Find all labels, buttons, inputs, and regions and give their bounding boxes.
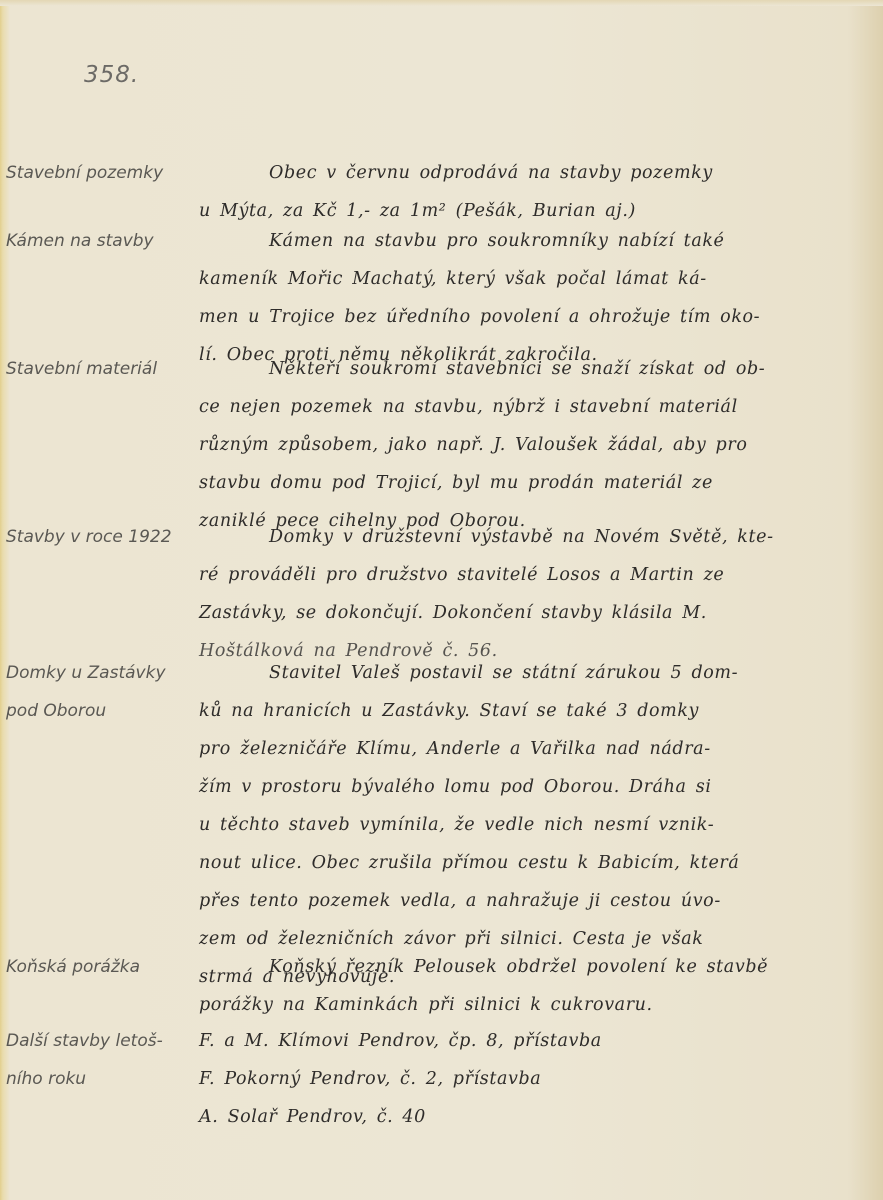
text-line: A. Solař Pendrov, č. 40 bbox=[199, 1098, 839, 1136]
text-line: Koňský řezník Pelousek obdržel povolení … bbox=[199, 948, 839, 986]
text-line: přes tento pozemek vedla, a nahražuje ji… bbox=[199, 882, 839, 920]
page-top-edge bbox=[0, 0, 883, 6]
margin-note-text: Kámen na stavby bbox=[6, 231, 154, 251]
text-line: stavbu domu pod Trojicí, byl mu prodán m… bbox=[199, 464, 839, 502]
text-line: žím v prostoru bývalého lomu pod Oborou.… bbox=[199, 768, 839, 806]
margin-note-text: Koňská porážka bbox=[6, 957, 140, 977]
text-line: Někteří soukromí stavebníci se snaží zís… bbox=[199, 350, 839, 388]
text-line: ré prováděli pro družstvo stavitelé Loso… bbox=[199, 556, 839, 594]
text-line: pro železničáře Klímu, Anderle a Vařilka… bbox=[199, 730, 839, 768]
text-line: F. a M. Klímovi Pendrov, čp. 8, přístavb… bbox=[199, 1022, 839, 1060]
margin-note-text: ního roku bbox=[6, 1060, 196, 1098]
margin-note-text: Stavby v roce 1922 bbox=[6, 527, 172, 547]
margin-note-text: Stavební pozemky bbox=[6, 163, 163, 183]
margin-note-text: Domky u Zastávky bbox=[6, 654, 196, 692]
text-line: u těchto staveb vymínila, že vedle nich … bbox=[199, 806, 839, 844]
margin-note-stavby-1922: Stavby v roce 1922 bbox=[6, 518, 196, 556]
margin-note-text: Další stavby letoš- bbox=[6, 1022, 196, 1060]
text-line: Stavitel Valeš postavil se státní záruko… bbox=[199, 654, 839, 692]
text-line: porážky na Kaminkách při silnici k cukro… bbox=[199, 986, 839, 1024]
text-line: F. Pokorný Pendrov, č. 2, přístavba bbox=[199, 1060, 839, 1098]
page-number: 358. bbox=[84, 62, 139, 88]
text-line: Obec v červnu odprodává na stavby pozemk… bbox=[199, 154, 839, 192]
entry-domky-u-zastavky: Stavitel Valeš postavil se státní záruko… bbox=[199, 654, 839, 996]
margin-note-stavebni-pozemky: Stavební pozemky bbox=[6, 154, 196, 192]
text-line: men u Trojice bez úředního povolení a oh… bbox=[199, 298, 839, 336]
margin-note-text: Stavební materiál bbox=[6, 359, 157, 379]
margin-note-konska-porazka: Koňská porážka bbox=[6, 948, 196, 986]
text-line: nout ulice. Obec zrušila přímou cestu k … bbox=[199, 844, 839, 882]
text-line: ků na hranicích u Zastávky. Staví se tak… bbox=[199, 692, 839, 730]
text-line: Zastávky, se dokončují. Dokončení stavby… bbox=[199, 594, 839, 632]
margin-note-stavebni-material: Stavební materiál bbox=[6, 350, 196, 388]
entry-dalsi-stavby: F. a M. Klímovi Pendrov, čp. 8, přístavb… bbox=[199, 1022, 839, 1136]
text-line: Kámen na stavbu pro soukromníky nabízí t… bbox=[199, 222, 839, 260]
margin-note-text: pod Oborou bbox=[6, 692, 196, 730]
margin-note-dalsi-stavby: Další stavby letoš- ního roku bbox=[6, 1022, 196, 1098]
manuscript-page: 358. Stavební pozemky Obec v červnu odpr… bbox=[0, 0, 883, 1200]
entry-stavebni-material: Někteří soukromí stavebníci se snaží zís… bbox=[199, 350, 839, 540]
entry-stavebni-pozemky: Obec v červnu odprodává na stavby pozemk… bbox=[199, 154, 839, 230]
entry-stavby-1922: Domky v družstevní výstavbě na Novém Svě… bbox=[199, 518, 839, 670]
text-line: ce nejen pozemek na stavbu, nýbrž i stav… bbox=[199, 388, 839, 426]
margin-note-kamen-na-stavby: Kámen na stavby bbox=[6, 222, 196, 260]
text-line: různým způsobem, jako např. J. Valoušek … bbox=[199, 426, 839, 464]
margin-note-domky-u-zastavky: Domky u Zastávky pod Oborou bbox=[6, 654, 196, 730]
entry-konska-porazka: Koňský řezník Pelousek obdržel povolení … bbox=[199, 948, 839, 1024]
text-line: kameník Mořic Machatý, který však počal … bbox=[199, 260, 839, 298]
text-line: Domky v družstevní výstavbě na Novém Svě… bbox=[199, 518, 839, 556]
